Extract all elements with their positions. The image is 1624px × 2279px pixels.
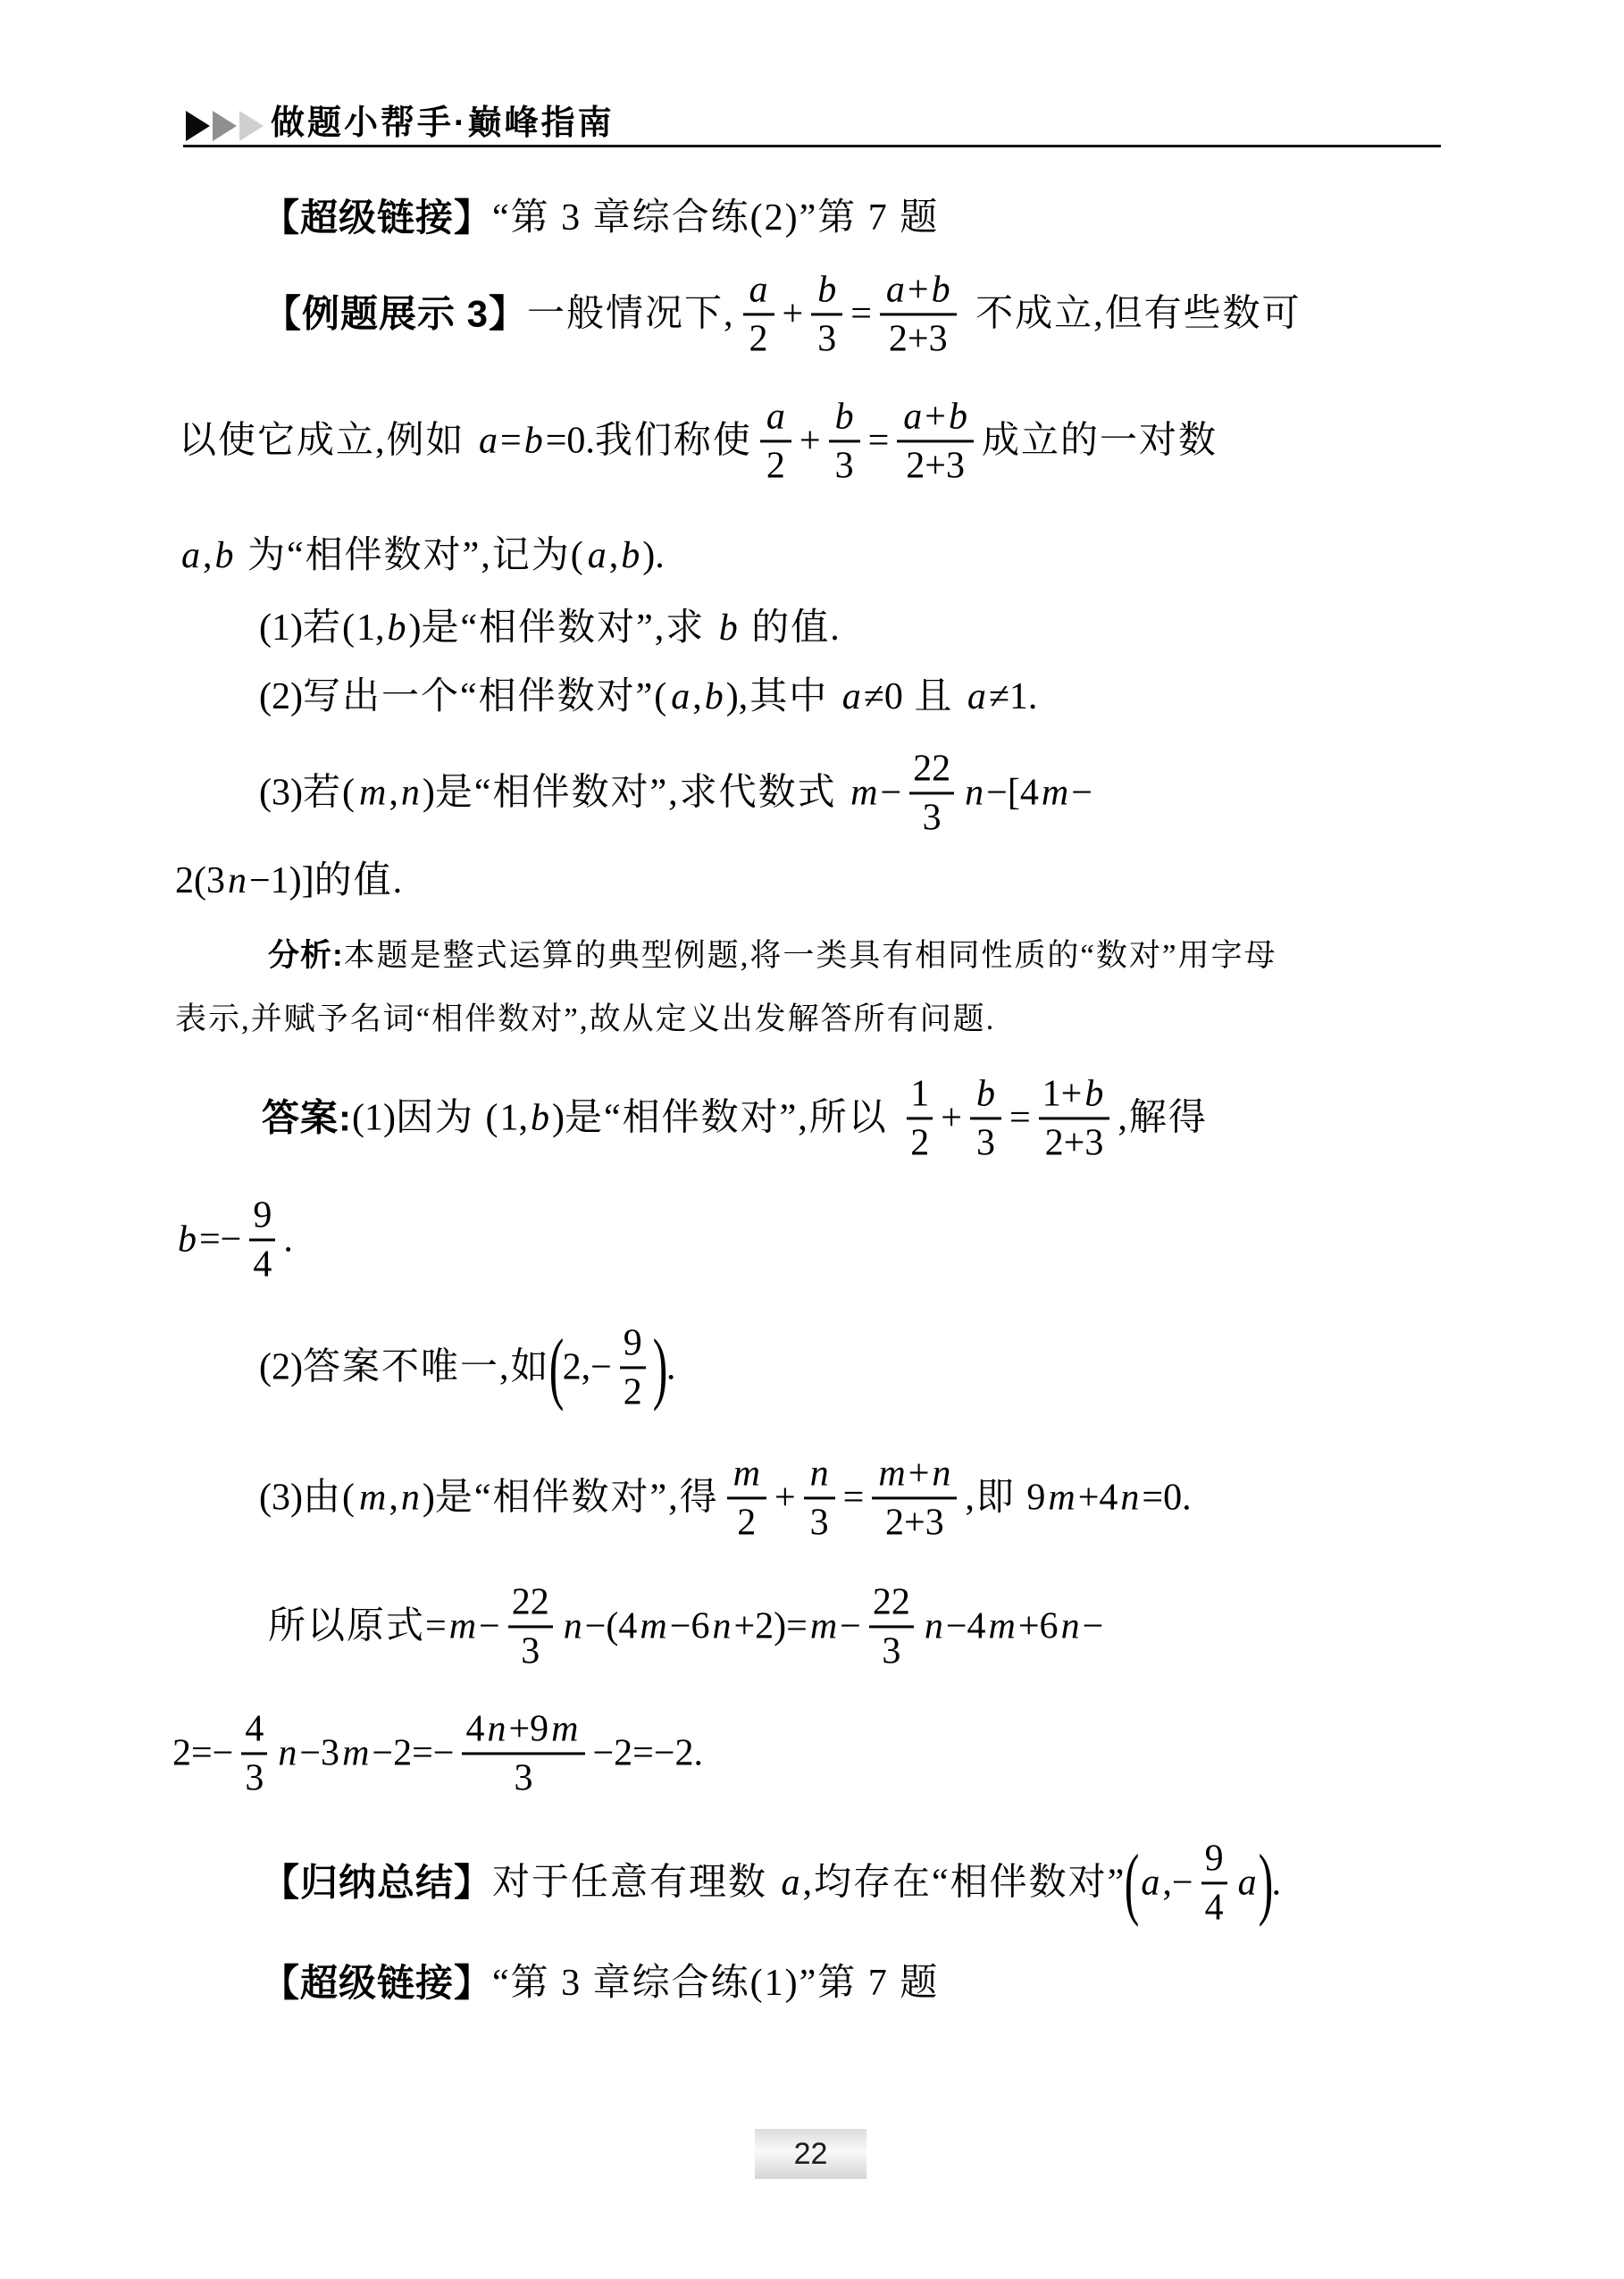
- text-segment: 一般情况下,: [527, 292, 735, 337]
- text-segment: =: [843, 1476, 865, 1521]
- text-segment: m: [356, 771, 389, 816]
- big-paren: ): [1258, 1849, 1273, 1918]
- answer-1-result-line: b=−94.: [175, 1195, 293, 1284]
- text-segment: n: [962, 771, 986, 816]
- text-segment: =0.: [546, 419, 595, 464]
- text-segment: +6: [1018, 1605, 1059, 1649]
- text-segment: 为“相伴数对”,记为(: [237, 533, 585, 578]
- text-segment: b: [815, 270, 839, 309]
- text-segment: −[4: [986, 771, 1039, 816]
- text-segment: 3: [514, 1759, 532, 1798]
- text-segment: 3: [521, 1632, 540, 1672]
- page-number-box: 22: [755, 2129, 866, 2179]
- text-segment: 因为 (: [396, 1096, 500, 1141]
- text-segment: −: [1071, 771, 1092, 816]
- text-segment: m: [848, 771, 880, 816]
- fraction: 223: [909, 749, 954, 837]
- text-segment: ).: [642, 533, 665, 578]
- text-segment: 所以原式: [268, 1605, 425, 1649]
- text-segment: m: [447, 1605, 479, 1649]
- text-segment: .: [666, 1345, 676, 1390]
- text-segment: 3: [976, 1124, 995, 1163]
- fraction: m+n2+3: [872, 1454, 957, 1542]
- text-segment: ,均存在“相伴数对”: [803, 1861, 1126, 1906]
- text-segment: =: [868, 419, 890, 464]
- text-segment: 是“相伴数对”,所以: [565, 1096, 899, 1141]
- text-segment: 3: [817, 320, 836, 359]
- text-segment: ,解得: [1118, 1096, 1208, 1141]
- text-segment: +: [908, 1454, 930, 1493]
- text-segment: +: [774, 1476, 796, 1521]
- fraction: n3: [804, 1454, 835, 1542]
- text-segment: a: [1235, 1861, 1260, 1906]
- text-segment: b: [618, 533, 642, 578]
- text-segment: 2+3: [885, 1504, 944, 1543]
- fraction: a2: [760, 397, 791, 485]
- text-segment: 9: [1205, 1839, 1224, 1878]
- big-paren: (: [1125, 1849, 1140, 1918]
- fraction: 94: [1201, 1839, 1227, 1927]
- text-segment: n: [484, 1709, 508, 1748]
- text-segment: ): [726, 674, 739, 719]
- text-segment: 9: [624, 1323, 642, 1362]
- analysis-line-2: 表示,并赋予名词“相伴数对”,故从定义出发解答所有问题.: [175, 1001, 995, 1038]
- text-segment: .: [283, 1218, 293, 1262]
- text-segment: a: [965, 674, 989, 719]
- fraction: b3: [811, 270, 842, 358]
- text-segment: b: [974, 1074, 998, 1113]
- text-segment: “第 3 章综合练(1)”第 7 题: [492, 1961, 939, 2006]
- text-segment: −6: [670, 1605, 710, 1649]
- text-segment: n: [929, 1454, 953, 1493]
- text-segment: =0.: [1142, 1476, 1191, 1521]
- text-segment: 2(3: [175, 859, 225, 903]
- text-segment: 我们称使: [595, 419, 752, 464]
- question-1-line: (1)若(1,b)是“相伴数对”,求 b 的值.: [259, 606, 841, 650]
- text-segment: 是“相伴数对”,求代数式: [435, 771, 848, 816]
- text-segment: 以使它成立,例如: [179, 419, 476, 464]
- header-arrows-icon: [186, 111, 264, 141]
- text-segment: 4: [465, 1709, 484, 1748]
- text-segment: −: [1083, 1605, 1104, 1649]
- text-segment: 1,: [499, 1096, 528, 1141]
- text-segment: (3): [259, 1476, 303, 1521]
- text-segment: 4: [245, 1709, 264, 1748]
- header-rule: [183, 145, 1441, 147]
- fraction: 43: [241, 1709, 267, 1797]
- summary-line: 【归纳总结】对于任意有理数 a,均存在“相伴数对”(a,−94a).: [262, 1839, 1281, 1927]
- text-segment: =−: [199, 1218, 241, 1262]
- example-title-line: 【例题展示 3】一般情况下,a2+b3=a+b2+3 不成立,但有些数可: [264, 270, 1302, 358]
- text-segment: 的值.: [314, 859, 405, 903]
- text-segment: n: [398, 771, 423, 816]
- big-paren: (: [548, 1334, 564, 1403]
- text-segment: a: [779, 1861, 803, 1906]
- fraction: 4n+9m3: [462, 1709, 584, 1797]
- text-segment: +9: [508, 1709, 548, 1748]
- text-segment: 【例题展示 3】: [264, 292, 527, 337]
- text-segment: (1): [352, 1096, 396, 1141]
- text-segment: a: [883, 270, 908, 309]
- answer-1-line: 答案:(1)因为 (1,b)是“相伴数对”,所以 12+b3=1+b2+3,解得: [262, 1074, 1208, 1162]
- text-segment: n: [709, 1605, 733, 1649]
- text-segment: n: [398, 1476, 423, 1521]
- text-segment: m: [808, 1605, 840, 1649]
- text-segment: 3: [882, 1632, 900, 1672]
- text-segment: ,即: [965, 1476, 1026, 1521]
- text-segment: n: [561, 1605, 585, 1649]
- text-segment: 3: [835, 447, 854, 486]
- super-link-top-line: 【超级链接】“第 3 章综合练(2)”第 7 题: [262, 196, 939, 240]
- text-segment: ≠1.: [989, 674, 1038, 719]
- text-segment: 2: [910, 1124, 929, 1163]
- question-3-cont-line: 2(3n−1)]的值.: [175, 859, 404, 903]
- text-segment: 的值.: [741, 606, 841, 650]
- text-segment: 本题是整式运算的典型例题,将一类具有相同性质的“数对”用字母: [344, 937, 1277, 975]
- text-segment: m: [1045, 1476, 1077, 1521]
- text-segment: (2): [259, 674, 303, 719]
- example-body-line-2: a,b 为“相伴数对”,记为(a,b).: [179, 533, 665, 578]
- text-segment: 若(: [303, 606, 356, 650]
- text-segment: ,: [692, 674, 702, 719]
- answer-2-line: (2)答案不唯一,如(2,−92).: [259, 1323, 675, 1412]
- text-segment: 答案不唯一,如: [303, 1345, 550, 1390]
- text-segment: ): [552, 1096, 565, 1141]
- text-segment: −: [479, 1605, 500, 1649]
- text-segment: m: [356, 1476, 389, 1521]
- text-segment: m: [875, 1454, 908, 1493]
- text-segment: 22: [512, 1582, 549, 1621]
- fraction: b3: [829, 397, 860, 485]
- text-segment: ≠0: [864, 674, 903, 719]
- text-segment: (3): [259, 771, 303, 816]
- fraction: 223: [508, 1582, 553, 1671]
- answer-3-result-line: 2=−43n−3m−2=−4n+9m3−2=−2.: [172, 1709, 703, 1797]
- example-body-line: 以使它成立,例如 a=b=0.我们称使a2+b3=a+b2+3成立的一对数: [179, 397, 1218, 485]
- text-segment: (1): [259, 606, 303, 650]
- text-segment: b: [175, 1218, 199, 1262]
- text-segment: +: [783, 292, 804, 337]
- text-segment: 4: [1205, 1889, 1224, 1928]
- text-segment: a: [179, 533, 203, 578]
- answer-3-line: (3)由(m,n)是“相伴数对”,得m2+n3=m+n2+3,即 9m+4n=0…: [259, 1454, 1192, 1542]
- text-segment: −: [880, 771, 901, 816]
- text-segment: 【归纳总结】: [262, 1861, 492, 1906]
- fraction: m2: [727, 1454, 766, 1542]
- text-segment: b: [702, 674, 726, 719]
- text-segment: 是“相伴数对”,得: [435, 1476, 719, 1521]
- text-segment: −1)]: [249, 859, 314, 903]
- text-segment: −(4: [585, 1605, 638, 1649]
- text-segment: 3: [245, 1759, 264, 1798]
- text-segment: b: [213, 533, 237, 578]
- fraction: a+b2+3: [880, 270, 957, 358]
- fraction: 1+b2+3: [1039, 1074, 1110, 1162]
- text-segment: 2+3: [889, 320, 948, 359]
- text-segment: +: [799, 419, 821, 464]
- text-segment: +: [925, 397, 946, 436]
- text-segment: ,: [389, 1476, 398, 1521]
- text-segment: 1,: [356, 606, 385, 650]
- arrow-triangle-icon: [239, 111, 264, 141]
- text-segment: 22: [873, 1582, 910, 1621]
- text-segment: 2: [766, 447, 785, 486]
- text-segment: b: [384, 606, 408, 650]
- text-segment: −: [840, 1605, 861, 1649]
- text-segment: 由(: [303, 1476, 356, 1521]
- text-segment: −2=−: [372, 1731, 454, 1776]
- text-segment: 2: [624, 1373, 642, 1412]
- text-segment: +: [908, 270, 929, 309]
- text-segment: −3: [299, 1731, 339, 1776]
- text-segment: 2: [749, 320, 768, 359]
- text-segment: b: [946, 397, 970, 436]
- text-segment: =: [850, 292, 872, 337]
- text-segment: m: [1039, 771, 1071, 816]
- text-segment: n: [1118, 1476, 1142, 1521]
- text-segment: a: [668, 674, 692, 719]
- text-segment: m: [339, 1731, 372, 1776]
- text-segment: b: [833, 397, 857, 436]
- header-title: 做题小帮手·巅峰指南: [271, 104, 615, 143]
- text-segment: b: [716, 606, 741, 650]
- text-segment: 2=−: [172, 1731, 233, 1776]
- text-segment: 3: [923, 799, 942, 838]
- text-segment: “第 3 章综合练(2)”第 7 题: [492, 196, 939, 240]
- text-segment: 分析:: [268, 937, 344, 975]
- text-segment: 答案:: [262, 1096, 352, 1141]
- text-segment: 9: [1026, 1476, 1045, 1521]
- fraction: a+b2+3: [897, 397, 974, 485]
- text-segment: =: [1009, 1096, 1031, 1141]
- text-segment: m: [548, 1709, 581, 1748]
- text-segment: 9: [253, 1195, 272, 1235]
- arrow-triangle-icon: [213, 111, 237, 141]
- text-segment: 2: [737, 1504, 756, 1543]
- page-number: 22: [794, 2137, 828, 2172]
- text-segment: ,: [609, 533, 619, 578]
- text-segment: m: [986, 1605, 1018, 1649]
- text-segment: =: [500, 419, 522, 464]
- super-link-bottom-line: 【超级链接】“第 3 章综合练(1)”第 7 题: [262, 1961, 939, 2006]
- question-2-line: (2)写出一个“相伴数对”(a,b),其中 a≠0 且 a≠1.: [259, 674, 1037, 719]
- text-segment: b: [528, 1096, 552, 1141]
- text-segment: 3: [810, 1504, 829, 1543]
- text-segment: a: [900, 397, 925, 436]
- text-segment: n: [275, 1731, 299, 1776]
- fraction: 12: [907, 1074, 933, 1162]
- text-segment: 【超级链接】: [262, 196, 492, 240]
- text-segment: 写出一个“相伴数对”(: [303, 674, 668, 719]
- text-segment: a: [585, 533, 609, 578]
- text-segment: −4: [946, 1605, 986, 1649]
- text-segment: 22: [913, 749, 950, 788]
- text-segment: +: [941, 1096, 962, 1141]
- text-segment: ,: [389, 771, 398, 816]
- text-segment: 4: [253, 1245, 272, 1285]
- fraction: 94: [249, 1195, 275, 1284]
- text-segment: =: [425, 1605, 447, 1649]
- text-segment: +2)=: [733, 1605, 807, 1649]
- text-segment: 2,−: [563, 1345, 612, 1390]
- text-segment: 表示,并赋予名词“相伴数对”,故从定义出发解答所有问题.: [175, 1001, 995, 1038]
- text-segment: a: [1138, 1861, 1162, 1906]
- text-segment: b: [1082, 1074, 1106, 1113]
- text-segment: a: [476, 419, 500, 464]
- text-segment: 1+: [1042, 1074, 1083, 1113]
- big-paren: ): [653, 1334, 668, 1403]
- text-segment: 【超级链接】: [262, 1961, 492, 2006]
- text-segment: 对于任意有理数: [492, 1861, 779, 1906]
- answer-3-work-line: 所以原式=m−223n−(4m−6n+2)=m−223n−4m+6n−: [268, 1582, 1103, 1671]
- text-segment: 2+3: [1045, 1124, 1104, 1163]
- text-segment: m: [731, 1454, 763, 1493]
- text-segment: b: [929, 270, 953, 309]
- text-segment: 2+3: [906, 447, 965, 486]
- text-segment: 1: [910, 1074, 929, 1113]
- text-segment: 成立的一对数: [982, 419, 1218, 464]
- fraction: 92: [620, 1323, 646, 1412]
- text-segment: n: [1059, 1605, 1083, 1649]
- text-segment: ): [423, 1476, 435, 1521]
- text-segment: 且: [903, 674, 965, 719]
- text-segment: ): [423, 771, 435, 816]
- text-segment: ,其中: [739, 674, 840, 719]
- text-segment: −2=−2.: [593, 1731, 704, 1776]
- text-segment: +4: [1078, 1476, 1118, 1521]
- question-3-line: (3)若(m,n)是“相伴数对”,求代数式 m−223n−[4m−: [259, 749, 1092, 837]
- fraction: b3: [970, 1074, 1001, 1162]
- text-segment: n: [922, 1605, 946, 1649]
- text-segment: m: [637, 1605, 669, 1649]
- text-segment: ): [408, 606, 421, 650]
- text-segment: n: [225, 859, 249, 903]
- text-segment: a: [747, 270, 771, 309]
- text-segment: a: [840, 674, 864, 719]
- text-segment: ,: [203, 533, 213, 578]
- fraction: a2: [743, 270, 774, 358]
- analysis-line-1: 分析:本题是整式运算的典型例题,将一类具有相同性质的“数对”用字母: [268, 937, 1277, 975]
- text-segment: b: [522, 419, 546, 464]
- text-segment: ,−: [1162, 1861, 1193, 1906]
- text-segment: 不成立,但有些数可: [965, 292, 1302, 337]
- text-segment: n: [808, 1454, 832, 1493]
- text-segment: 是“相伴数对”,求: [421, 606, 716, 650]
- text-segment: a: [764, 397, 788, 436]
- text-segment: (2): [259, 1345, 303, 1390]
- arrow-triangle-icon: [186, 111, 210, 141]
- text-segment: 若(: [303, 771, 356, 816]
- fraction: 223: [869, 1582, 914, 1671]
- textbook-page: 做题小帮手·巅峰指南 【超级链接】“第 3 章综合练(2)”第 7 题【例题展示…: [0, 0, 1624, 2279]
